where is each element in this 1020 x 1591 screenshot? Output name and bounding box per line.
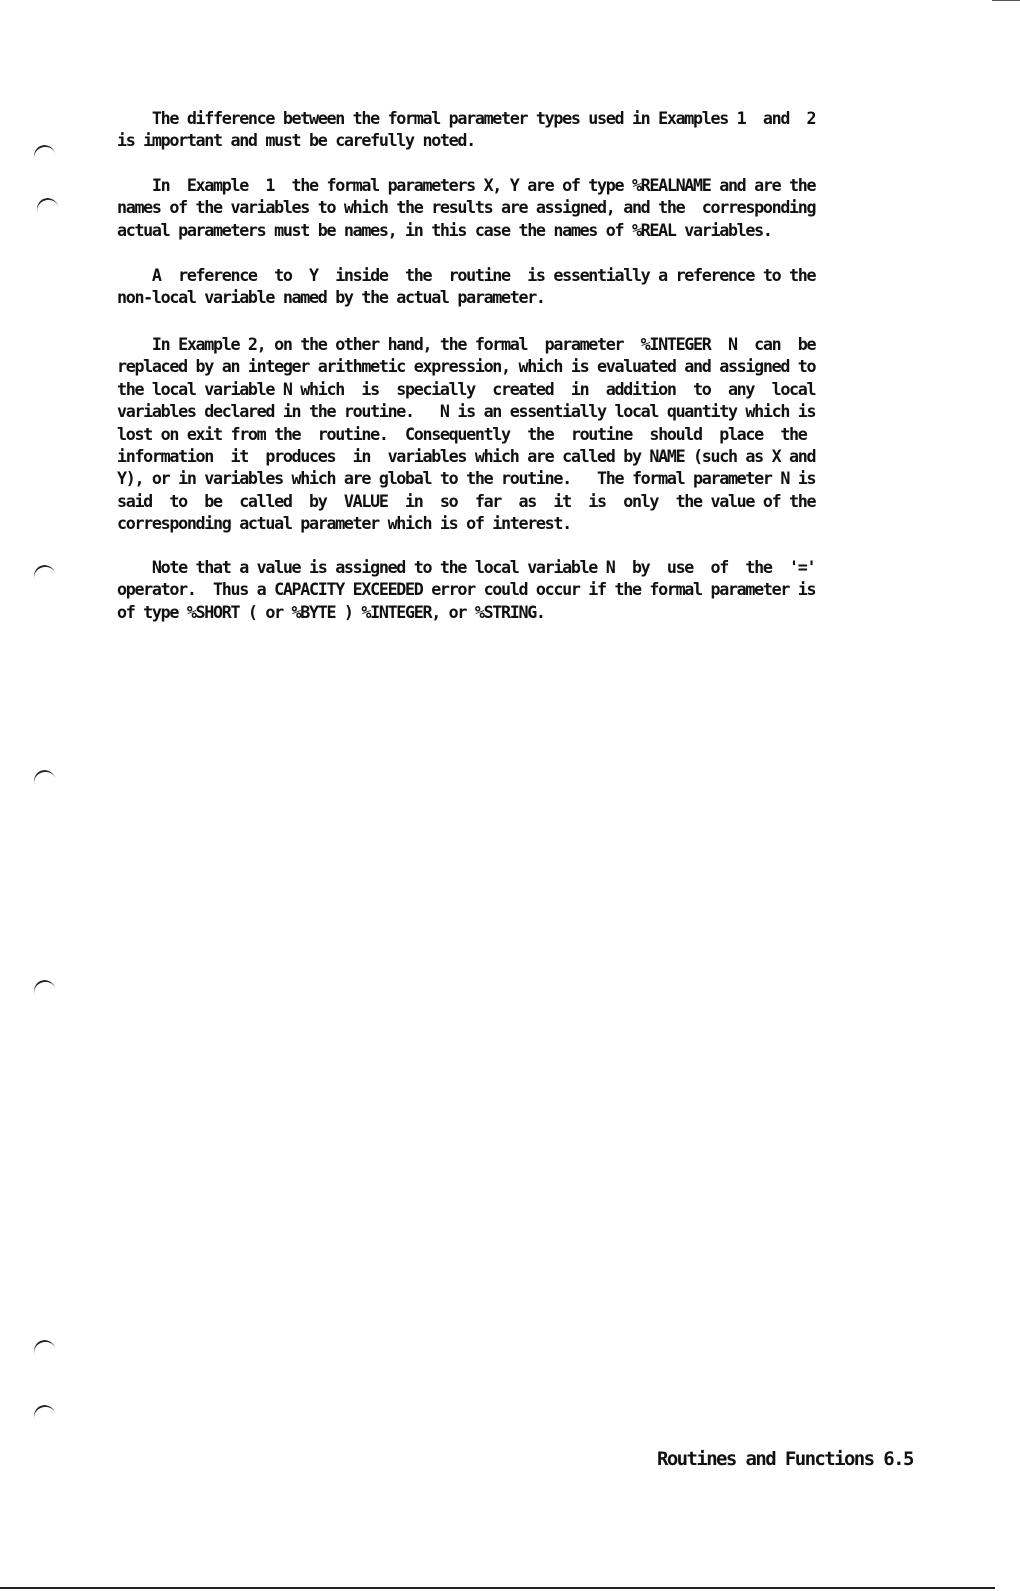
paragraph-3: A reference to Y inside the routine is e… xyxy=(117,265,901,310)
text-line: information it produces in variables whi… xyxy=(117,446,901,468)
text-line: In Example 2, on the other hand, the for… xyxy=(117,334,901,356)
document-page: The difference between the formal parame… xyxy=(0,0,1020,1591)
binder-hole-mark xyxy=(31,563,58,592)
binder-hole-mark xyxy=(31,978,58,1007)
text-line: The difference between the formal parame… xyxy=(117,108,901,130)
binder-hole-mark xyxy=(31,1403,58,1432)
text-line: replaced by an integer arithmetic expres… xyxy=(117,356,901,378)
binder-hole-mark xyxy=(34,196,61,225)
text-line: Note that a value is assigned to the loc… xyxy=(117,557,901,579)
text-line: Y), or in variables which are global to … xyxy=(117,468,901,490)
paragraph-4: In Example 2, on the other hand, the for… xyxy=(117,334,901,536)
text-line: lost on exit from the routine. Consequen… xyxy=(117,424,901,446)
text-line: corresponding actual parameter which is … xyxy=(117,513,901,535)
binder-hole-mark xyxy=(31,143,58,172)
binder-hole-mark xyxy=(31,1338,58,1367)
text-line: actual parameters must be names, in this… xyxy=(117,220,901,242)
text-line: said to be called by VALUE in so far as … xyxy=(117,491,901,513)
text-line: is important and must be carefully noted… xyxy=(117,130,901,152)
text-line: variables declared in the routine. N is … xyxy=(117,401,901,423)
text-line: operator. Thus a CAPACITY EXCEEDED error… xyxy=(117,579,901,601)
text-line: In Example 1 the formal parameters X, Y … xyxy=(117,175,901,197)
text-line: non-local variable named by the actual p… xyxy=(117,287,901,309)
paragraph-2: In Example 1 the formal parameters X, Y … xyxy=(117,175,901,242)
paragraph-5: Note that a value is assigned to the loc… xyxy=(117,557,901,624)
scan-bottom-edge xyxy=(0,1587,995,1589)
binder-hole-mark xyxy=(31,768,58,797)
text-line: names of the variables to which the resu… xyxy=(117,197,901,219)
scan-edge-mark xyxy=(992,0,1020,1)
text-line: A reference to Y inside the routine is e… xyxy=(117,265,901,287)
text-line: of type %SHORT ( or %BYTE ) %INTEGER, or… xyxy=(117,602,901,624)
page-footer: Routines and Functions 6.5 xyxy=(657,1448,913,1470)
text-line: the local variable N which is specially … xyxy=(117,379,901,401)
paragraph-1: The difference between the formal parame… xyxy=(117,108,901,153)
